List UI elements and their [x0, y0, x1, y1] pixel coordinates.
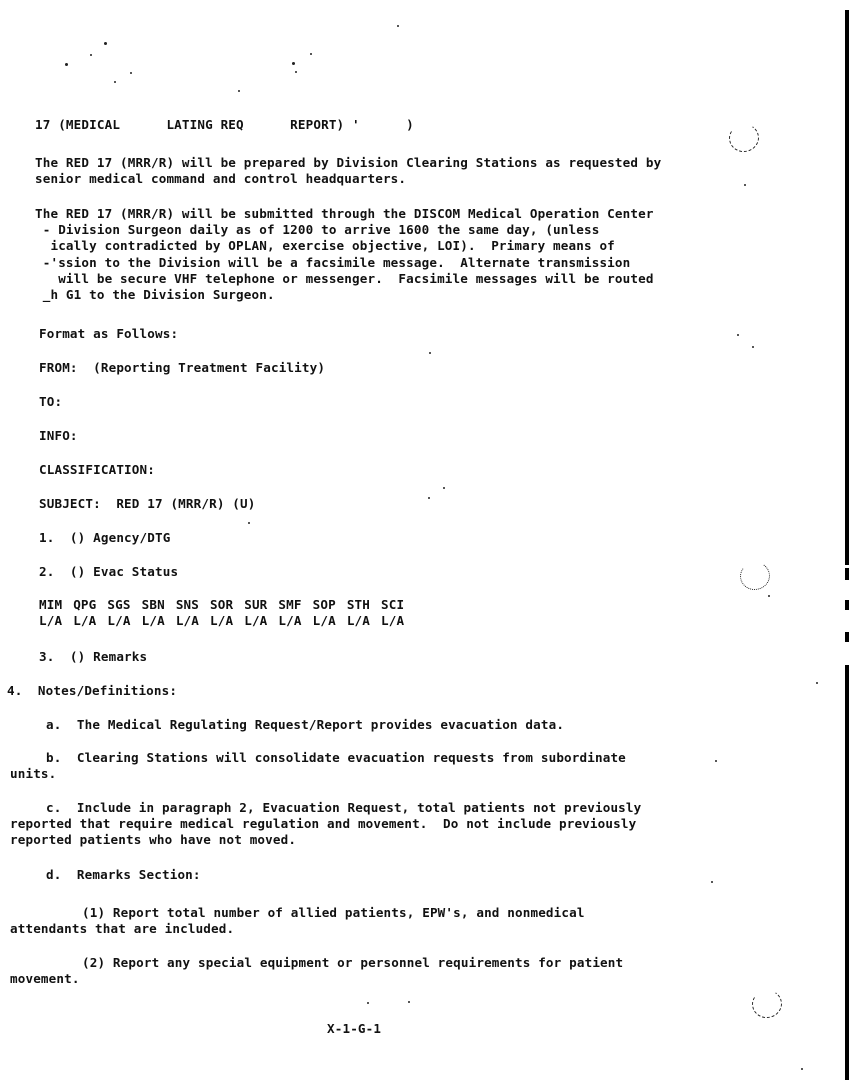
- paragraph-2-line-5: will be secure VHF telephone or messenge…: [35, 271, 654, 287]
- scan-speck: [367, 1002, 369, 1004]
- evac-value: L/A: [244, 613, 278, 629]
- paragraph-2-line-4: -'ssion to the Division will be a facsim…: [35, 255, 630, 271]
- evac-value: L/A: [176, 613, 210, 629]
- scan-speck: [744, 184, 746, 186]
- paragraph-2-line-1: The RED 17 (MRR/R) will be submitted thr…: [35, 206, 654, 222]
- format-item-remarks: 3. () Remarks: [39, 649, 147, 665]
- scan-speck: [715, 760, 717, 762]
- punch-hole-mark: [738, 560, 772, 593]
- note-a: a. The Medical Regulating Request/Report…: [46, 717, 564, 733]
- document-page: G TO APPENDIX 1 TO ' TO 24TH ID (M) FIEL…: [0, 0, 850, 1091]
- scan-speck: [408, 1001, 410, 1003]
- evac-code: SBN: [142, 597, 176, 613]
- scan-speck: [295, 71, 297, 73]
- scan-border-fragment: [845, 632, 849, 642]
- note-d: d. Remarks Section:: [46, 867, 201, 883]
- scan-speck: [310, 53, 312, 55]
- scan-speck: [65, 63, 68, 66]
- note-c-line-1: c. Include in paragraph 2, Evacuation Re…: [46, 800, 641, 816]
- note-d1-line-2: attendants that are included.: [10, 921, 234, 937]
- note-b-line-1: b. Clearing Stations will consolidate ev…: [46, 750, 626, 766]
- format-info: INFO:: [39, 428, 78, 444]
- document-header-appendix: G TO APPENDIX 1 TO ' TO 24TH ID (M) FIEL…: [35, 101, 445, 109]
- punch-hole-mark: [750, 988, 784, 1021]
- scan-speck: [397, 25, 399, 27]
- format-item-agency-dtg: 1. () Agency/DTG: [39, 530, 170, 546]
- note-d1-line-1: (1) Report total number of allied patien…: [82, 905, 585, 921]
- format-item-evac-status: 2. () Evac Status: [39, 564, 178, 580]
- scan-speck: [292, 62, 295, 65]
- evac-value: L/A: [39, 613, 73, 629]
- scan-speck: [428, 497, 430, 499]
- punch-hole-mark: [727, 122, 761, 155]
- document-header-title: 17 (MEDICAL LATING REQ REPORT) ' ): [35, 117, 414, 133]
- page-number: X-1-G-1: [327, 1021, 381, 1036]
- scan-speck: [801, 1068, 803, 1070]
- format-subject: SUBJECT: RED 17 (MRR/R) (U): [39, 496, 256, 512]
- scan-border-fragment: [845, 568, 849, 580]
- scan-border-top: [845, 10, 849, 565]
- scan-speck: [90, 54, 92, 56]
- format-classification: CLASSIFICATION:: [39, 462, 155, 478]
- scan-speck: [429, 352, 431, 354]
- evac-value: L/A: [278, 613, 312, 629]
- notes-title: 4. Notes/Definitions:: [7, 683, 177, 699]
- scan-speck: [768, 595, 770, 597]
- format-to: TO:: [39, 394, 62, 410]
- format-from: FROM: (Reporting Treatment Facility): [39, 360, 325, 376]
- note-b-line-2: units.: [10, 766, 56, 782]
- evac-code: SGS: [107, 597, 141, 613]
- scan-speck: [752, 346, 754, 348]
- paragraph-2-line-2: - Division Surgeon daily as of 1200 to a…: [35, 222, 599, 238]
- evac-code: SOR: [210, 597, 244, 613]
- evac-value: L/A: [73, 613, 107, 629]
- evac-code: STH: [347, 597, 381, 613]
- evac-status-header-row: MIM QPG SGS SBN SNS SOR SUR SMF SOP STH …: [39, 597, 415, 613]
- evac-code: SUR: [244, 597, 278, 613]
- evac-code: SNS: [176, 597, 210, 613]
- scan-speck: [443, 487, 445, 489]
- evac-value: L/A: [347, 613, 381, 629]
- note-c-line-2: reported that require medical regulation…: [10, 816, 636, 832]
- evac-value: L/A: [210, 613, 244, 629]
- evac-code: SOP: [313, 597, 347, 613]
- scan-speck: [130, 72, 132, 74]
- evac-status-value-row: L/A L/A L/A L/A L/A L/A L/A L/A L/A L/A …: [39, 613, 415, 629]
- evac-value: L/A: [313, 613, 347, 629]
- scan-speck: [114, 81, 116, 83]
- evac-code: MIM: [39, 597, 73, 613]
- scan-speck: [816, 682, 818, 684]
- scan-border-bottom: [845, 665, 849, 1080]
- evac-code: SCI: [381, 597, 415, 613]
- note-c-line-3: reported patients who have not moved.: [10, 832, 296, 848]
- note-d2-line-2: movement.: [10, 971, 80, 987]
- note-d2-line-1: (2) Report any special equipment or pers…: [82, 955, 623, 971]
- scan-speck: [711, 881, 713, 883]
- evac-status-table: MIM QPG SGS SBN SNS SOR SUR SMF SOP STH …: [39, 597, 415, 629]
- scan-speck: [104, 42, 107, 45]
- evac-code: QPG: [73, 597, 107, 613]
- paragraph-2-line-3: ically contradicted by OPLAN, exercise o…: [35, 238, 615, 254]
- evac-value: L/A: [107, 613, 141, 629]
- scan-border-fragment: [845, 600, 849, 610]
- paragraph-1-line-2: senior medical command and control headq…: [35, 171, 406, 187]
- scan-speck: [737, 334, 739, 336]
- evac-value: L/A: [142, 613, 176, 629]
- format-intro: Format as Follows:: [39, 326, 178, 342]
- scan-speck: [238, 90, 240, 92]
- paragraph-1-line-1: The RED 17 (MRR/R) will be prepared by D…: [35, 155, 661, 171]
- evac-code: SMF: [278, 597, 312, 613]
- paragraph-2-line-6: _h G1 to the Division Surgeon.: [35, 287, 275, 303]
- scan-speck: [248, 522, 250, 524]
- evac-value: L/A: [381, 613, 415, 629]
